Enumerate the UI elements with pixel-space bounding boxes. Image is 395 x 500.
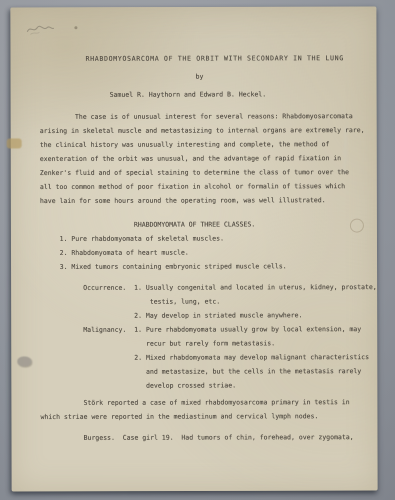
- malignancy-line: recur but rarely form metastasis.: [40, 337, 380, 352]
- document-title: RHABDOMYOSARCOMA OF THE ORBIT WITH SECON…: [39, 50, 379, 69]
- paper-sheet: RHABDOMYOSARCOMA OF THE ORBIT WITH SECON…: [10, 7, 377, 492]
- malignancy-line: develop crossed striae.: [40, 379, 380, 394]
- body-line: The case is of unusual interest for seve…: [40, 110, 380, 125]
- list-item: 3. Mixed tumors containing embryonic str…: [40, 260, 380, 275]
- occurrence-line: testis, lung, etc.: [40, 295, 380, 310]
- body-line: exenteration of the orbit was unusual, a…: [40, 152, 380, 167]
- body-line: arising in skeletal muscle and metastasi…: [40, 124, 380, 139]
- body-line: which striae were reported in the medias…: [40, 410, 380, 425]
- body-line: the clinical history was unusually inter…: [40, 138, 380, 153]
- yellow-stain-mark: [7, 138, 22, 148]
- malignancy-line: 2. Mixed rhabdomyomata may develop malig…: [40, 351, 380, 366]
- malignancy-line: and metastasize, but the cells in the me…: [40, 365, 380, 380]
- authors-line: Samuel R. Haythorn and Edward B. Heckel.: [40, 86, 380, 105]
- occurrence-line: 2. May develop in striated muscle anywhe…: [40, 309, 380, 324]
- gray-smudge-mark: [17, 356, 31, 366]
- section-heading: RHABDOMYOMATA OF THREE CLASSES.: [40, 218, 380, 233]
- occurrence-line: Occurrence. 1. Usually congenital and lo…: [40, 281, 380, 296]
- body-line: Störk reported a case of mixed rhabdomyo…: [40, 396, 380, 411]
- list-item: 2. Rhabdomyomata of heart muscle.: [40, 246, 380, 261]
- list-item: 1. Pure rhabdomyomata of skeletal muscle…: [40, 232, 380, 247]
- scanned-document-page: { "colors": { "background": "#9aa0a8", "…: [0, 0, 395, 500]
- body-line: Zenker's fluid and of special staining t…: [40, 166, 380, 181]
- pencil-scribble-mark: [26, 20, 54, 38]
- body-line: have lain for some hours around the oper…: [40, 194, 380, 209]
- malignancy-line: Malignancy. 1. Pure rhabdomyomata usuall…: [40, 323, 380, 338]
- typewritten-text: RHABDOMYOSARCOMA OF THE ORBIT WITH SECON…: [39, 50, 380, 446]
- body-line: Burgess. Case girl 19. Had tumors of chi…: [40, 431, 380, 446]
- ink-dot-mark: [74, 26, 77, 29]
- byline: by: [40, 68, 380, 87]
- body-line: all too common method of poor fixation i…: [40, 180, 380, 195]
